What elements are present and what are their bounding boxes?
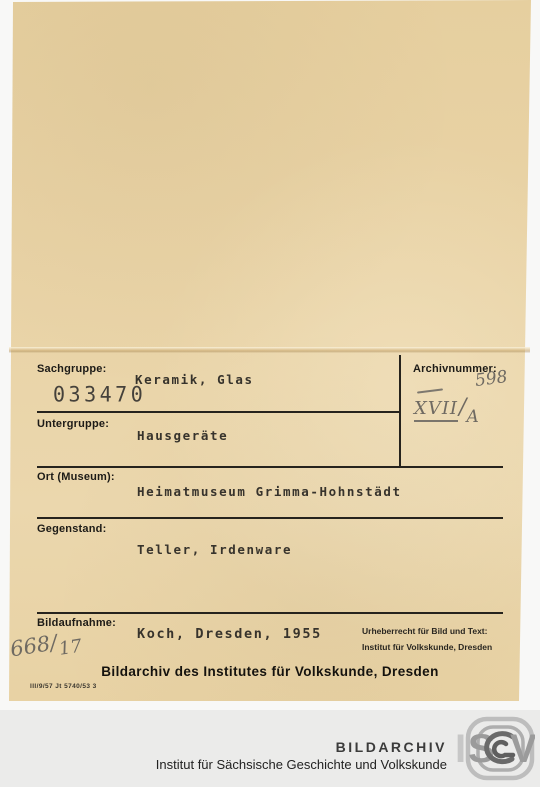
archiv-number-handwritten: 598 — [474, 367, 509, 391]
institution-footer-text: BILDARCHIV Institut für Sächsische Gesch… — [156, 739, 447, 772]
logo-letter-i: I — [455, 727, 466, 771]
bildaufnahme-value: Koch, Dresden, 1955 — [137, 626, 322, 642]
card-fold-crease — [9, 347, 530, 353]
gegenstand-label: Gegenstand: — [37, 523, 106, 535]
card-footer-title: Bildarchiv des Institutes für Volkskunde… — [60, 664, 480, 679]
negative-number-sub: 17 — [58, 635, 84, 659]
rule-above-gegenstand — [37, 517, 503, 519]
footer-subtitle: Institut für Sächsische Geschichte und V… — [156, 757, 447, 772]
scanned-archive-card-page: Sachgruppe: Keramik, Glas 033470 Archivn… — [0, 0, 540, 787]
institution-footer-bar: BILDARCHIV Institut für Sächsische Gesch… — [0, 710, 540, 787]
logo-letter-s: S — [468, 727, 495, 771]
print-code: III/9/57 Jt 5740/53 3 — [30, 683, 97, 690]
ort-museum-label: Ort (Museum): — [37, 471, 115, 483]
copyright-line1: Urheberrecht für Bild und Text: — [362, 626, 512, 636]
copyright-line2: Institut für Volkskunde, Dresden — [362, 642, 512, 652]
archiv-class-letter: A — [466, 407, 478, 427]
ort-museum-value: Heimatmuseum Grimma-Hohnstädt — [137, 484, 402, 499]
archiv-class-handwritten: XVII/A — [414, 395, 479, 420]
rule-above-bildaufnahme — [37, 612, 503, 614]
sachgruppe-label: Sachgruppe: — [37, 363, 106, 375]
rule-under-sachgruppe — [37, 411, 400, 413]
sachgruppe-value: Keramik, Glas — [135, 372, 254, 387]
logo-letter-v: V — [510, 727, 535, 771]
archivnummer-box-divider — [399, 355, 401, 468]
untergruppe-label: Untergruppe: — [37, 418, 109, 430]
gegenstand-value: Teller, Irdenware — [137, 542, 292, 557]
isgv-logo-icon: I S V — [455, 716, 535, 782]
inventory-number-stamp: 033470 — [53, 381, 146, 406]
copyright-note: Urheberrecht für Bild und Text: Institut… — [362, 626, 512, 658]
footer-title: BILDARCHIV — [156, 739, 447, 755]
rule-above-ort — [37, 466, 503, 468]
untergruppe-value: Hausgeräte — [137, 428, 228, 443]
archiv-class-roman: XVII — [414, 398, 458, 422]
